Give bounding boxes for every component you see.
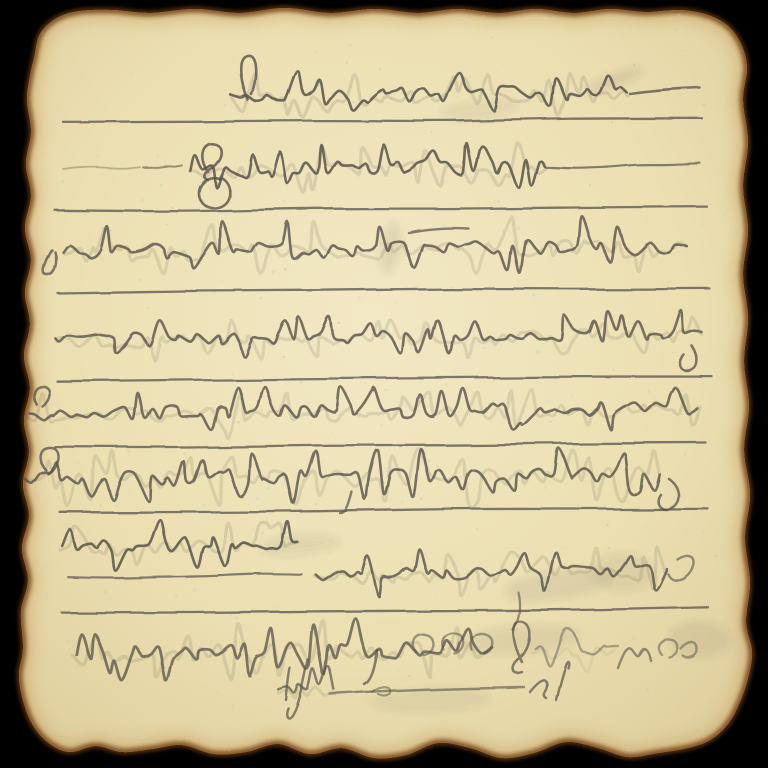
paper-speckle — [261, 531, 264, 534]
paper-speckle — [380, 424, 382, 426]
scanned-note — [0, 0, 768, 768]
paper-speckle — [99, 504, 101, 506]
paper-speckle — [548, 400, 550, 402]
paper-speckle — [684, 453, 686, 455]
paper-speckle — [702, 531, 704, 533]
paper-speckle — [562, 547, 564, 549]
paper-speckle — [459, 18, 462, 21]
paper-speckle — [537, 351, 540, 354]
paper-speckle — [48, 575, 50, 577]
paper-speckle — [374, 740, 376, 742]
paper-speckle — [644, 526, 646, 528]
paper-speckle — [46, 599, 48, 601]
paper-speckle — [172, 641, 173, 642]
paper-speckle — [283, 199, 285, 201]
paper-speckle — [284, 268, 287, 271]
paper-speckle — [496, 70, 498, 72]
paper-speckle — [613, 369, 615, 371]
paper-speckle — [544, 487, 546, 489]
paper-speckle — [315, 51, 317, 53]
paper-speckle — [127, 449, 129, 451]
paper-speckle — [290, 522, 292, 524]
paper-speckle — [571, 396, 573, 398]
paper-speckle — [203, 504, 206, 507]
paper-speckle — [307, 644, 309, 646]
paper-speckle — [315, 503, 317, 505]
paper-speckle — [179, 739, 181, 741]
paper-speckle — [222, 281, 223, 282]
paper-speckle — [491, 36, 494, 39]
paper-speckle — [486, 73, 488, 75]
paper-speckle — [332, 433, 334, 435]
scanned-document-canvas — [0, 0, 768, 768]
paper-speckle — [74, 727, 77, 730]
paper-speckle — [352, 101, 354, 103]
paper-speckle — [457, 95, 459, 97]
paper-speckle — [104, 591, 107, 594]
paper-speckle — [77, 462, 79, 464]
paper-speckle — [715, 555, 718, 558]
paper-speckle — [401, 501, 403, 503]
paper-speckle — [224, 607, 226, 609]
paper-speckle — [395, 302, 397, 304]
paper-speckle — [300, 381, 303, 384]
paper-speckle — [232, 373, 234, 375]
paper-speckle — [420, 497, 423, 500]
paper-speckle — [62, 180, 65, 183]
paper-speckle — [67, 640, 70, 643]
paper-speckle — [611, 121, 614, 124]
paper-speckle — [607, 524, 609, 526]
paper-speckle — [723, 214, 725, 216]
paper-speckle — [193, 588, 196, 591]
paper-speckle — [232, 60, 234, 62]
paper-speckle — [267, 487, 270, 490]
paper-speckle — [469, 76, 471, 78]
paper-speckle — [648, 390, 651, 393]
paper-speckle — [476, 528, 478, 530]
paper-speckle — [141, 199, 144, 202]
paper-speckle — [205, 596, 207, 598]
paper-speckle — [483, 15, 485, 17]
paper-speckle — [675, 29, 677, 31]
paper-speckle — [243, 675, 245, 677]
paper-speckle — [110, 230, 112, 232]
paper-speckle — [420, 294, 422, 296]
paper-speckle — [183, 453, 185, 455]
paper-speckle — [160, 183, 163, 186]
paper-speckle — [549, 420, 552, 423]
paper-speckle — [107, 287, 109, 289]
paper-speckle — [435, 596, 437, 598]
paper-speckle — [239, 579, 240, 580]
paper-speckle — [358, 177, 360, 179]
paper-speckle — [175, 84, 176, 85]
paper-speckle — [495, 23, 497, 25]
paper-speckle — [171, 207, 174, 210]
paper-speckle — [260, 409, 262, 411]
paper-speckle — [352, 658, 354, 660]
paper-speckle — [237, 421, 240, 424]
paper-speckle — [147, 307, 149, 309]
paper-speckle — [47, 120, 49, 122]
paper-speckle — [428, 459, 431, 462]
paper-speckle — [493, 380, 494, 381]
paper-speckle — [684, 49, 687, 52]
paper-speckle — [130, 72, 132, 74]
paper-speckle — [630, 735, 632, 737]
paper-speckle — [443, 224, 446, 227]
paper-speckle — [185, 654, 188, 657]
paper-speckle — [423, 249, 425, 251]
paper-speckle — [359, 296, 361, 298]
paper-speckle — [346, 62, 349, 65]
paper-speckle — [589, 184, 591, 186]
paper-speckle — [236, 617, 238, 619]
paper-speckle — [70, 616, 72, 618]
paper-speckle — [497, 200, 500, 203]
paper-speckle — [408, 675, 411, 678]
paper-speckle — [678, 708, 679, 709]
paper-speckle — [139, 278, 142, 281]
paper-speckle — [60, 469, 63, 472]
paper-speckle — [175, 595, 178, 598]
paper-speckle — [224, 104, 226, 106]
paper-speckle — [449, 17, 451, 19]
paper-speckle — [483, 347, 486, 350]
paper-speckle — [385, 389, 387, 391]
paper-speckle — [256, 497, 259, 500]
paper-speckle — [165, 224, 167, 226]
paper-speckle — [703, 103, 706, 106]
paper-speckle — [392, 623, 394, 625]
paper-speckle — [157, 155, 159, 157]
paper-speckle — [646, 688, 649, 691]
paper-speckle — [513, 599, 515, 601]
paper-speckle — [229, 614, 231, 616]
paper-speckle — [426, 740, 428, 742]
paper-speckle — [45, 435, 46, 436]
paper-speckle — [687, 662, 689, 664]
paper-speckle — [217, 692, 218, 693]
paper-speckle — [232, 705, 234, 707]
paper-speckle — [575, 729, 577, 731]
paper-speckle — [307, 300, 309, 302]
paper-speckle — [399, 670, 400, 671]
paper-speckle — [437, 466, 439, 468]
paper-speckle — [696, 405, 699, 408]
paper-speckle — [597, 488, 599, 490]
paper-speckle — [633, 64, 635, 66]
paper-speckle — [701, 223, 703, 225]
paper-speckle — [82, 17, 85, 20]
paper-speckle — [424, 553, 426, 555]
paper-speckle — [129, 746, 131, 748]
paper-speckle — [283, 356, 286, 359]
paper-speckle — [349, 44, 352, 47]
paper-speckle — [517, 227, 520, 230]
paper-speckle — [632, 638, 634, 640]
paper-speckle — [228, 750, 229, 751]
paper-speckle — [677, 14, 680, 17]
paper-speckle — [379, 68, 382, 71]
paper-speckle — [338, 322, 341, 325]
paper-speckle — [221, 539, 223, 541]
paper-speckle — [532, 294, 535, 297]
paper-speckle — [272, 271, 275, 274]
paper-speckle — [97, 155, 98, 156]
paper-speckle — [430, 131, 432, 133]
paper-speckle — [727, 194, 729, 196]
paper-speckle — [608, 547, 610, 549]
paper-speckle — [260, 297, 263, 300]
